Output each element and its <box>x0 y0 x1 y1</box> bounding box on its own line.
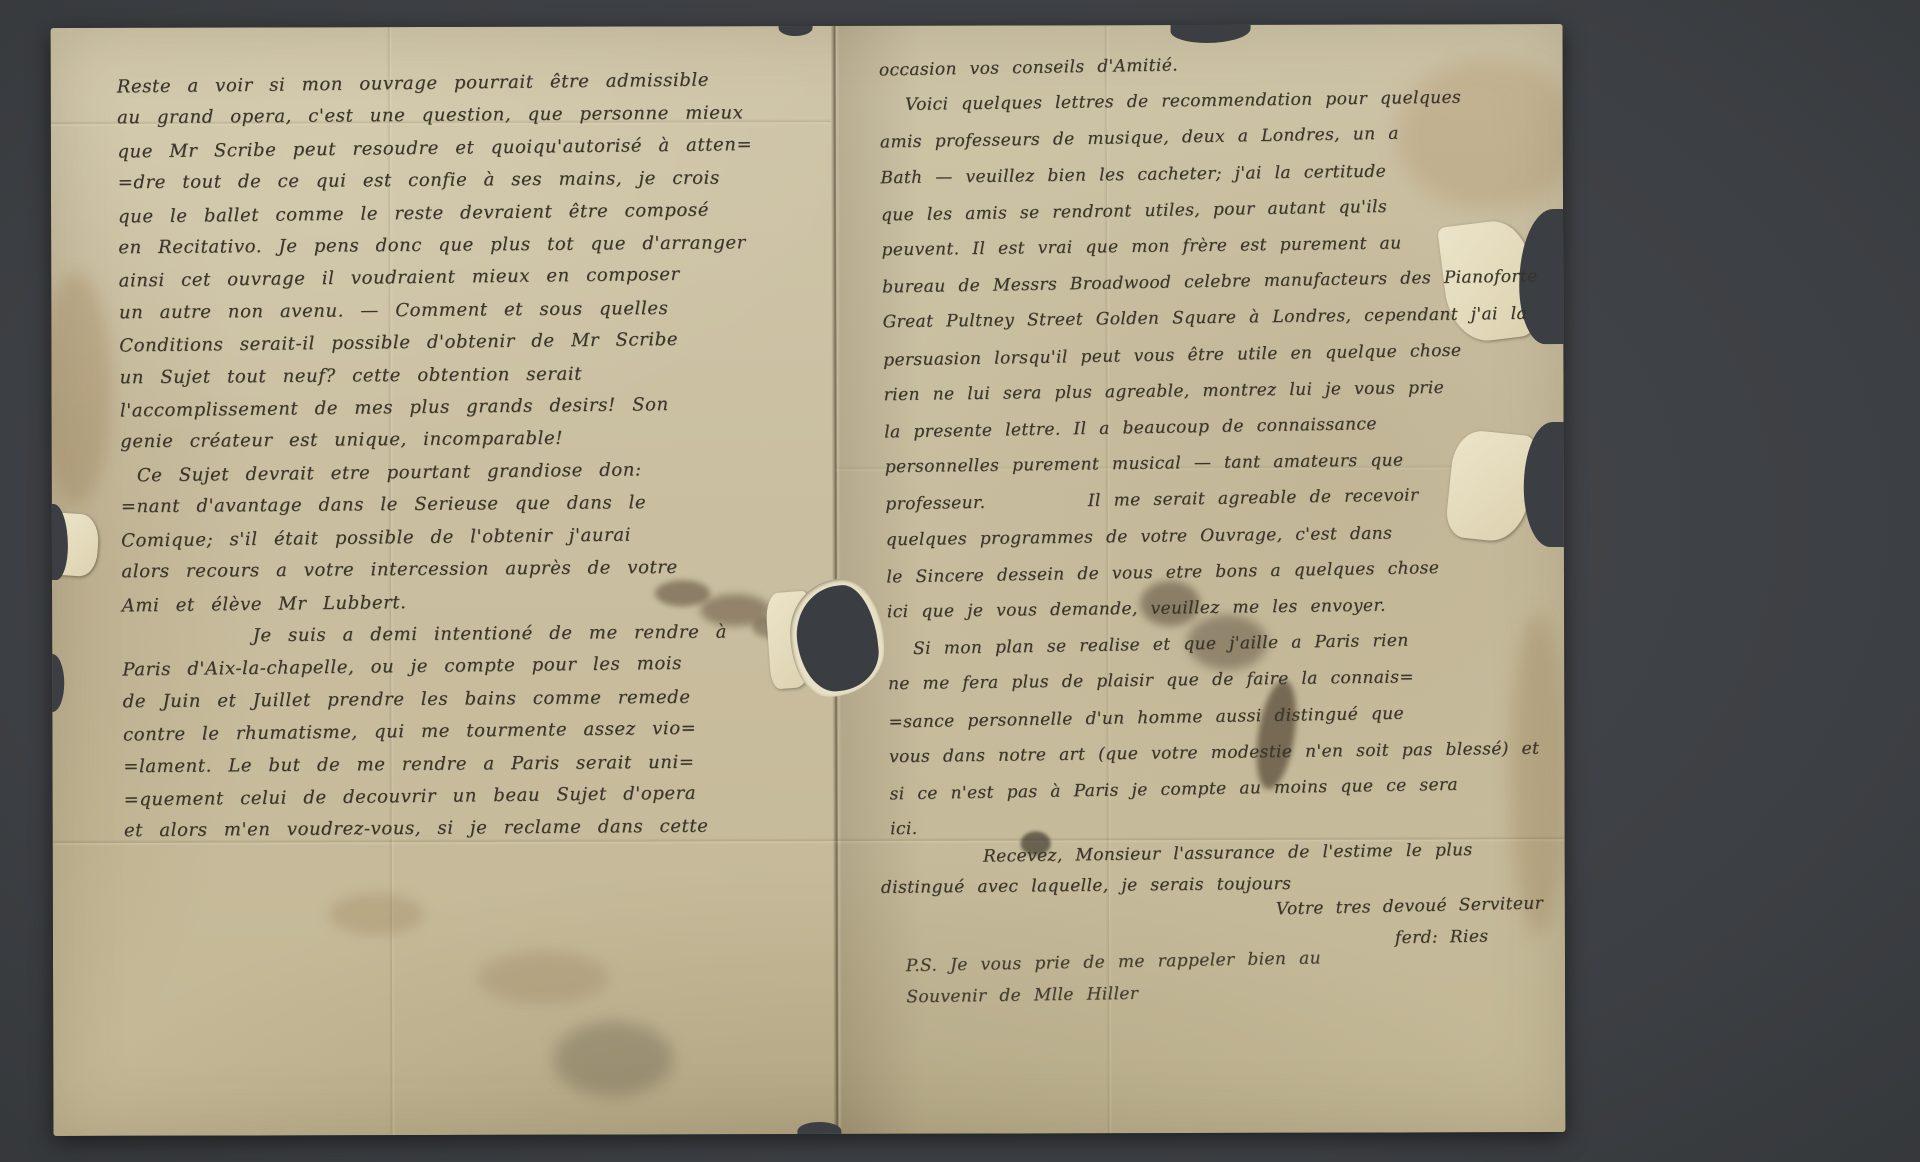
scanned-letter-image: Reste a voir si mon ouvrage pourrait êtr… <box>0 0 1920 1162</box>
handwriting-line: et alors m'en voudrez-vous, si je reclam… <box>124 811 759 848</box>
paper-stain <box>329 893 424 935</box>
handwriting-line: Souvenir de Mlle Hiller <box>906 975 1322 1013</box>
paper-stain <box>51 273 112 503</box>
paper-stain <box>553 1021 673 1096</box>
right-page-text: occasion vos conseils d'Amitié. Voici qu… <box>879 42 1546 848</box>
left-page-text: Reste a voir si mon ouvrage pourrait êtr… <box>117 65 759 849</box>
letter-sheet: Reste a voir si mon ouvrage pourrait êtr… <box>51 24 1566 1136</box>
tear-notch <box>797 1122 841 1136</box>
postscript-text: P.S. Je vous prie de me rappeler bien au… <box>906 943 1322 1014</box>
valediction-line: Votre tres devoué Serviteur <box>1275 889 1543 923</box>
valediction: Votre tres devoué Serviteur <box>1275 890 1543 923</box>
signature-line: ferd: Ries <box>1395 922 1489 952</box>
paper-stain <box>478 952 608 1004</box>
tear-notch <box>51 654 65 712</box>
handwriting-line: alors recours a votre intercession auprè… <box>121 551 756 588</box>
tear-notch <box>779 24 813 36</box>
signature: ferd: Ries <box>1395 923 1489 953</box>
